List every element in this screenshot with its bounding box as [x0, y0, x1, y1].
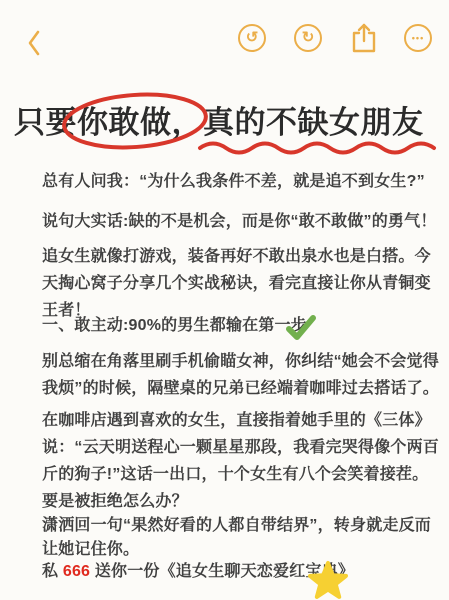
- paragraph-cta: 私 666 送你一份《追女生聊天恋爱红宝典》: [42, 560, 444, 584]
- title-underlined-text: 真的不缺女朋友: [203, 105, 424, 140]
- paragraph-question: 总有人问我：“为什么我条件不差，就是追不到女生?”: [42, 168, 444, 195]
- paragraph-dont-hide: 别总缩在角落里刷手机偷瞄女神，你纠结“她会不会觉得我烦”的时候，隔壁桌的兄弟已经…: [42, 348, 444, 402]
- share-button[interactable]: [349, 22, 379, 57]
- section-heading-1: 一、敢主动:90%的男生都输在第一步: [42, 312, 307, 339]
- back-button[interactable]: [24, 28, 44, 61]
- cta-prefix: 私: [42, 563, 63, 580]
- title-circled-text: 你敢做，: [77, 105, 203, 140]
- share-icon: [349, 42, 379, 57]
- undo-icon: ↺: [238, 24, 266, 52]
- cta-suffix: 送你一份《追女生聊天恋爱红宝典》: [90, 563, 354, 580]
- more-button[interactable]: •••: [404, 24, 432, 52]
- paragraph-coffee-shop: 在咖啡店遇到喜欢的女生，直接指着她手里的《三体》说：“云天明送程心一颗星星那段，…: [42, 407, 444, 488]
- title-prefix: 只要: [14, 105, 77, 140]
- redo-button[interactable]: ↻: [294, 24, 322, 52]
- more-ellipsis-icon: •••: [404, 24, 432, 52]
- undo-button[interactable]: ↺: [238, 24, 266, 52]
- cta-code-666: 666: [63, 563, 90, 580]
- chevron-left-icon: [24, 46, 44, 61]
- paragraph-rejected-question: 要是被拒绝怎么办？: [42, 490, 444, 514]
- paragraph-truth: 说句大实话:缺的不是机会，而是你“敢不敢做”的勇气！: [42, 208, 444, 235]
- note-title: 只要你敢做，真的不缺女朋友: [14, 97, 448, 142]
- redo-icon: ↻: [294, 24, 322, 52]
- paragraph-rejected-answer: 潇洒回一句“果然好看的人都自带结界”，转身就走反而让她记住你。: [42, 514, 444, 562]
